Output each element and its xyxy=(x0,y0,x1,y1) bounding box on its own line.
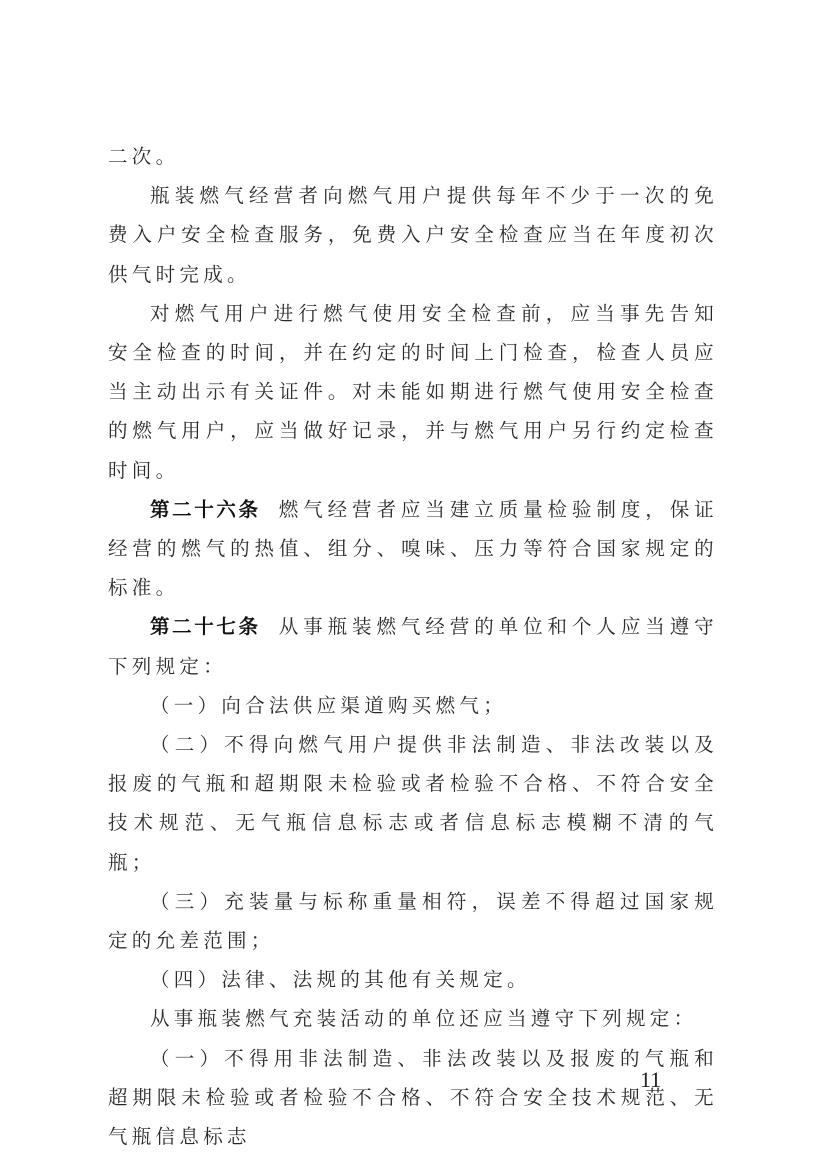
list-item: （二）不得向燃气用户提供非法制造、非法改装以及报废的气瓶和超期限未检验或者检验不… xyxy=(108,725,718,882)
paragraph: 二次。 xyxy=(108,137,718,176)
article-heading: 第二十六条 xyxy=(150,498,261,521)
paragraph: 从事瓶装燃气充装活动的单位还应当遵守下列规定： xyxy=(108,999,718,1038)
article-heading: 第二十七条 xyxy=(150,615,261,638)
list-item: （四）法律、法规的其他有关规定。 xyxy=(108,960,718,999)
page-number: 11 xyxy=(640,1067,661,1093)
list-item: （一）向合法供应渠道购买燃气； xyxy=(108,686,718,725)
document-page: 二次。 瓶装燃气经营者向燃气用户提供每年不少于一次的免费入户安全检查服务，免费入… xyxy=(108,137,718,1156)
paragraph: 瓶装燃气经营者向燃气用户提供每年不少于一次的免费入户安全检查服务，免费入户安全检… xyxy=(108,176,718,294)
list-item: （三）充装量与标称重量相符，误差不得超过国家规定的允差范围； xyxy=(108,882,718,960)
article-26-paragraph: 第二十六条燃气经营者应当建立质量检验制度，保证经营的燃气的热值、组分、嗅味、压力… xyxy=(108,490,718,608)
paragraph: 对燃气用户进行燃气使用安全检查前，应当事先告知安全检查的时间，并在约定的时间上门… xyxy=(108,294,718,490)
list-item: （一）不得用非法制造、非法改装以及报废的气瓶和超期限未检验或者检验不合格、不符合… xyxy=(108,1039,718,1157)
article-27-paragraph: 第二十七条从事瓶装燃气经营的单位和个人应当遵守下列规定： xyxy=(108,607,718,685)
